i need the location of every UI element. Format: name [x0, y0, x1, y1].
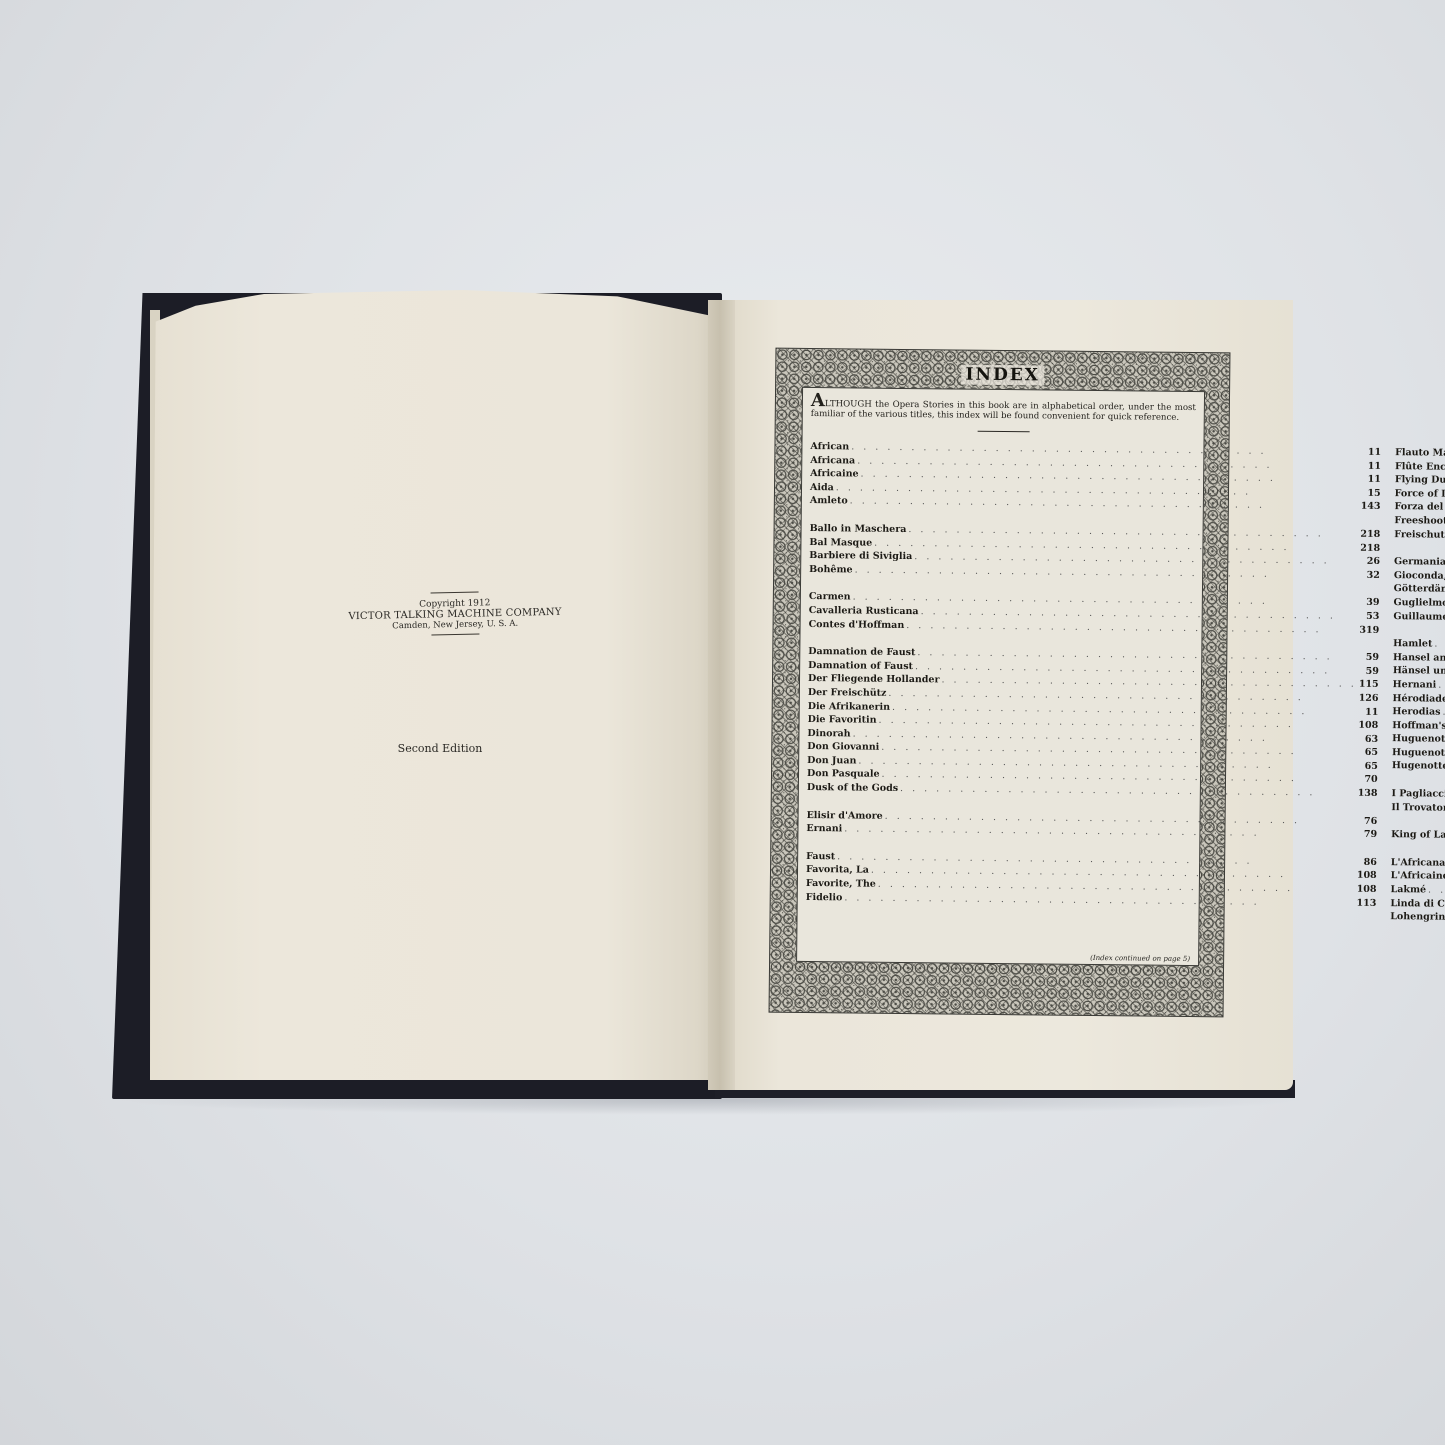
- entry-title: Hernani: [1393, 678, 1437, 692]
- entry-title: Der Fliegende Hollander: [808, 672, 940, 687]
- index-group: Elisir d'Amore76Ernani79: [806, 809, 1377, 842]
- entry-title: Flying Dutchman: [1395, 473, 1445, 488]
- entry-title: Hänsel und Gretel: [1393, 664, 1445, 679]
- entry-page-number: 65: [1365, 760, 1378, 774]
- entry-title: Contes d'Hoffman: [809, 618, 905, 633]
- copyright-block: Copyright 1912 VICTOR TALKING MACHINE CO…: [340, 590, 571, 638]
- entry-page-number: 11: [1368, 473, 1381, 487]
- index-columns: African11Africana11Africaine11Aida15Amle…: [797, 440, 1203, 936]
- index-group: King of Lahore, The297: [1391, 828, 1445, 848]
- entry-title: Il Trovatore: [1391, 801, 1445, 815]
- divider: [431, 592, 479, 594]
- entry-page-number: 115: [1359, 678, 1379, 692]
- continued-note: (Index continued on page 5): [1090, 954, 1190, 963]
- entry-page-number: 108: [1358, 719, 1378, 733]
- edition-label: Second Edition: [380, 742, 500, 755]
- index-group: Flauto Magico189Flûte Enchantée189Flying…: [1394, 446, 1445, 547]
- entry-title: Lohengrin: [1390, 910, 1445, 924]
- entry-page-number: 59: [1366, 651, 1379, 665]
- entry-title: Africana: [810, 454, 855, 468]
- entry-title: Guillaume Tell: [1393, 610, 1445, 624]
- entry-title: Don Pasquale: [807, 767, 880, 781]
- entry-title: Barbiere di Siviglia: [809, 549, 912, 564]
- entry-title: Dusk of the Gods: [807, 781, 898, 796]
- index-entry: King of Lahore, The297: [1391, 828, 1445, 848]
- entry-page-number: 39: [1366, 596, 1379, 610]
- entry-title: L'Africana: [1391, 856, 1445, 870]
- entry-page-number: 138: [1358, 787, 1378, 801]
- entry-title: Guglielmo Tell: [1393, 596, 1445, 610]
- index-entry: Lohengrin164: [1390, 910, 1445, 930]
- entry-title: King of Lahore, The: [1391, 828, 1445, 843]
- index-entry: Freischutz, Der126: [1394, 528, 1445, 548]
- entry-page-number: 70: [1364, 773, 1377, 787]
- index-group: Germania129Gioconda, La131Götterdämmerun…: [1393, 555, 1445, 629]
- entry-title: Flauto Magico: [1395, 446, 1445, 460]
- entry-title: Elisir d'Amore: [807, 809, 883, 823]
- index-entry: Il Trovatore350: [1391, 801, 1445, 821]
- divider: [977, 431, 1029, 433]
- entry-page-number: 11: [1365, 705, 1378, 719]
- entry-page-number: 143: [1361, 500, 1381, 514]
- entry-title: Die Favoritin: [808, 713, 877, 727]
- entry-page-number: 65: [1365, 746, 1378, 760]
- entry-title: Carmen: [809, 590, 851, 604]
- entry-title: Faust: [806, 850, 835, 864]
- index-group: Faust86Favorita, La108Favorite, The108Fi…: [806, 850, 1377, 910]
- entry-title: Flûte Enchantée: [1395, 460, 1445, 475]
- entry-title: Bohême: [809, 563, 853, 577]
- entry-page-number: 11: [1368, 459, 1381, 473]
- entry-page-number: 79: [1364, 828, 1377, 842]
- entry-title: Germania: [1394, 555, 1445, 569]
- index-group: African11Africana11Africaine11Aida15Amle…: [810, 440, 1381, 514]
- entry-title: Ballo in Maschera: [810, 522, 907, 537]
- entry-page-number: 113: [1356, 896, 1376, 910]
- entry-title: Amleto: [810, 494, 848, 508]
- entry-title: Damnation of Faust: [808, 659, 913, 674]
- ornamental-border: INDEX ALTHOUGH the Opera Stories in this…: [769, 348, 1231, 1018]
- book-gutter: [708, 300, 738, 1090]
- entry-title: Die Afrikanerin: [808, 699, 890, 713]
- index-group: Carmen39Cavalleria Rusticana53Contes d'H…: [809, 590, 1380, 637]
- index-column-right: Flauto Magico189Flûte Enchantée189Flying…: [1390, 446, 1445, 944]
- index-column-left: African11Africana11Africaine11Aida15Amle…: [805, 440, 1381, 938]
- entry-page-number: 15: [1367, 487, 1380, 501]
- index-entry: Hugenotten, Die152: [1392, 760, 1445, 780]
- entry-page-number: 53: [1366, 610, 1379, 624]
- entry-page-number: 319: [1359, 623, 1379, 637]
- entry-page-number: 126: [1359, 692, 1379, 706]
- entry-title: Hérodiade: [1392, 692, 1445, 706]
- entry-title: Ernani: [806, 822, 842, 836]
- entry-title: Linda di Chamounix: [1390, 897, 1445, 912]
- entry-page-number: 26: [1367, 555, 1380, 569]
- entry-title: Freeshooter, The: [1394, 514, 1445, 529]
- entry-title: Hugenotten, Die: [1392, 760, 1445, 775]
- drop-cap: A: [811, 390, 825, 411]
- entry-title: Africaine: [810, 467, 859, 481]
- index-group: I Pagliacci252Il Trovatore350: [1391, 787, 1445, 820]
- entry-title: Hoffman's Erzählungen: [1392, 719, 1445, 734]
- entry-title: African: [810, 440, 849, 454]
- entry-title: Fidelio: [806, 891, 843, 905]
- index-group: Ballo in Maschera218Bal Masque218Barbier…: [809, 522, 1380, 582]
- entry-title: Gioconda, La: [1394, 569, 1445, 583]
- entry-page-number: 11: [1368, 446, 1381, 460]
- entry-title: Don Juan: [807, 754, 856, 768]
- entry-title: Bal Masque: [809, 536, 872, 550]
- index-entry: Guillaume Tell370: [1393, 610, 1445, 630]
- entry-title: Cavalleria Rusticana: [809, 604, 919, 619]
- entry-title: Herodias: [1392, 705, 1440, 719]
- entry-title: Götterdämmerung: [1394, 582, 1445, 597]
- entry-page-number: 86: [1364, 856, 1377, 870]
- entry-title: Force of Destiny: [1395, 487, 1445, 501]
- entry-title: L'Africaine: [1391, 870, 1445, 884]
- entry-page-number: 76: [1364, 814, 1377, 828]
- entry-title: Don Giovanni: [807, 740, 879, 754]
- index-group: L'Africana11L'Africaine11Lakmé159Linda d…: [1390, 856, 1445, 930]
- index-intro: ALTHOUGH the Opera Stories in this book …: [803, 388, 1204, 423]
- index-group: Damnation de Faust59Damnation of Faust59…: [807, 645, 1379, 800]
- index-content: ALTHOUGH the Opera Stories in this book …: [796, 387, 1205, 966]
- entry-title: I Pagliacci: [1391, 787, 1445, 801]
- index-heading: INDEX: [776, 363, 1229, 388]
- entry-title: Freischutz, Der: [1394, 528, 1445, 542]
- entry-page-number: 218: [1360, 528, 1380, 542]
- entry-title: Hamlet: [1393, 637, 1432, 651]
- entry-title: Hansel and Gretel: [1393, 651, 1445, 666]
- entry-page-number: 59: [1366, 665, 1379, 679]
- entry-title: Favorite, The: [806, 877, 876, 891]
- entry-page-number: 218: [1360, 541, 1380, 555]
- entry-page-number: 63: [1365, 733, 1378, 747]
- entry-title: Der Freischütz: [808, 686, 887, 700]
- entry-title: Dinorah: [807, 727, 850, 741]
- entry-page-number: 108: [1357, 869, 1377, 883]
- entry-title: Damnation de Faust: [808, 645, 915, 660]
- entry-page-number: 108: [1357, 883, 1377, 897]
- entry-page-number: 32: [1367, 569, 1380, 583]
- left-page: [150, 290, 720, 1080]
- entry-title: Lakmé: [1390, 883, 1426, 897]
- entry-title: Forza del Destino, La: [1394, 501, 1445, 516]
- entry-title: Aida: [810, 481, 834, 495]
- entry-title: Favorita, La: [806, 863, 869, 877]
- entry-title: Huguenots, The: [1392, 746, 1445, 760]
- entry-title: Huguenots, Les: [1392, 732, 1445, 746]
- index-group: Hamlet143Hansel and Gretel147Hänsel und …: [1392, 637, 1445, 779]
